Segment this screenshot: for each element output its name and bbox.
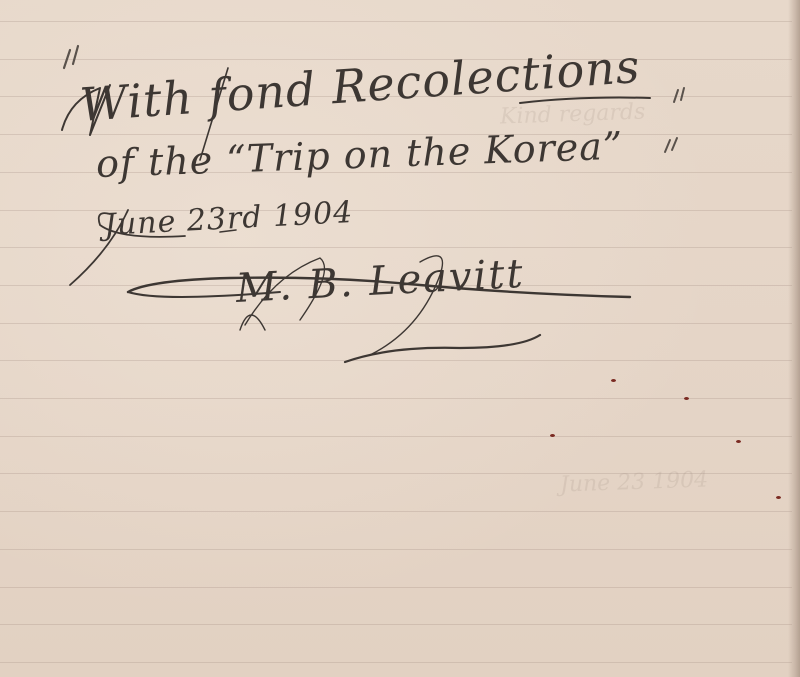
- ink-spot: [776, 496, 781, 499]
- binding-edge-shadow: [788, 0, 800, 677]
- album-page: Kind regards June 23 1904: [0, 0, 800, 677]
- ink-spot: [550, 434, 555, 437]
- ink-spot: [736, 440, 741, 443]
- ink-spot: [684, 397, 689, 400]
- ink-spot: [611, 379, 616, 382]
